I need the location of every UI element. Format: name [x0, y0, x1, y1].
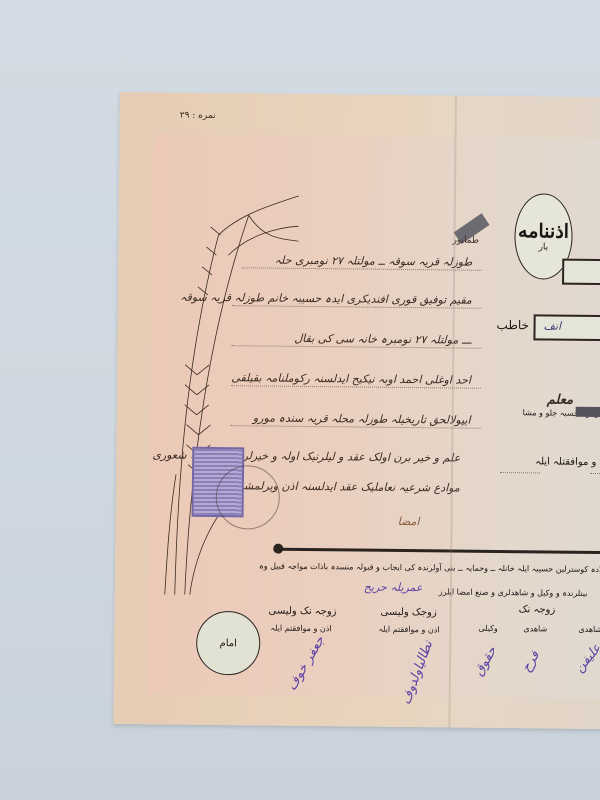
column-1-heading: زوجہ نک ولیسی	[269, 606, 337, 618]
section-divider	[279, 548, 600, 555]
handwritten-line-5: ایپولالحق تاریخیلہ طوزلہ محلہ قریہ سندہ …	[253, 411, 471, 426]
imam-circle: امام	[196, 611, 261, 676]
preamble-line-1: بالادہ کوسترلین حسیبہ ایلہ خانلہ ــ وحما…	[259, 561, 600, 574]
handwritten-signature: امضا	[398, 515, 420, 528]
handwritten-line-3: ـــ مولتلہ ۲۷ نومبرہ خانہ سی کی بقال	[294, 332, 471, 347]
column-3-sub-witness-2: شاهدی	[578, 625, 600, 634]
serial-number: نمره : ۲۹	[180, 111, 216, 121]
khatib-box: انف	[533, 314, 600, 341]
handwritten-line-4: احد اوغلی احمد اوبہ نیکیح ایدلسنہ رکوملن…	[231, 371, 471, 387]
seal-strip	[576, 407, 600, 418]
preamble-line-2: بینلرندہ و وکیل و شاهدلری و صنع امضا ایل…	[439, 587, 588, 598]
column-2-heading: زوجک ولیسی	[381, 607, 437, 619]
column-2-signature: نطالیاولدوف	[399, 639, 437, 707]
column-3-sub-wakil: وکیلی	[478, 624, 497, 633]
column-2-sub: اذن و موافقتم ایلہ	[378, 625, 439, 635]
top-right-box	[562, 259, 600, 286]
document-title-sub: بار	[539, 242, 549, 252]
consent-line-left	[500, 472, 540, 473]
column-3-signature-wakil: حقوق	[471, 644, 500, 679]
column-1-signature: جعفر خوف	[284, 634, 328, 694]
column-1-sub: اذن و موافقتم ایلہ	[270, 624, 331, 634]
consent-line-right	[590, 473, 600, 474]
imam-label: امام	[219, 638, 236, 649]
document-inner-frame: طمانور اذننامه بار طوزلہ قریہ سوقہ ــ مو…	[148, 134, 600, 699]
stamp-label: طمانور	[452, 235, 479, 245]
khatib-value: انف	[544, 319, 562, 332]
consent-text: رضا و موافقتلہ ایلہ	[535, 456, 600, 468]
marriage-permit-document: نمره : ۲۹ طمانور اذننامه بار طوزلہ قریہ	[113, 92, 600, 729]
column-3-heading: زوجہ نک	[519, 604, 556, 615]
column-3-signature-witness-1: فرح	[519, 649, 543, 675]
column-3-sub-witness-1: شاهدی	[523, 624, 547, 633]
handwritten-line-1: طوزلہ قریہ سوقہ ــ مولتلہ ۲۷ نومبری حلہ	[275, 254, 473, 269]
khatib-label: خاطب	[497, 318, 530, 332]
document-title: اذننامه	[518, 220, 569, 243]
official-seal-circle	[215, 465, 280, 530]
official-seal-text: معلم	[547, 392, 573, 407]
column-3-signature-witness-2: علیفن	[572, 641, 600, 675]
preamble-signature: عمریلہ حریح	[364, 581, 423, 595]
